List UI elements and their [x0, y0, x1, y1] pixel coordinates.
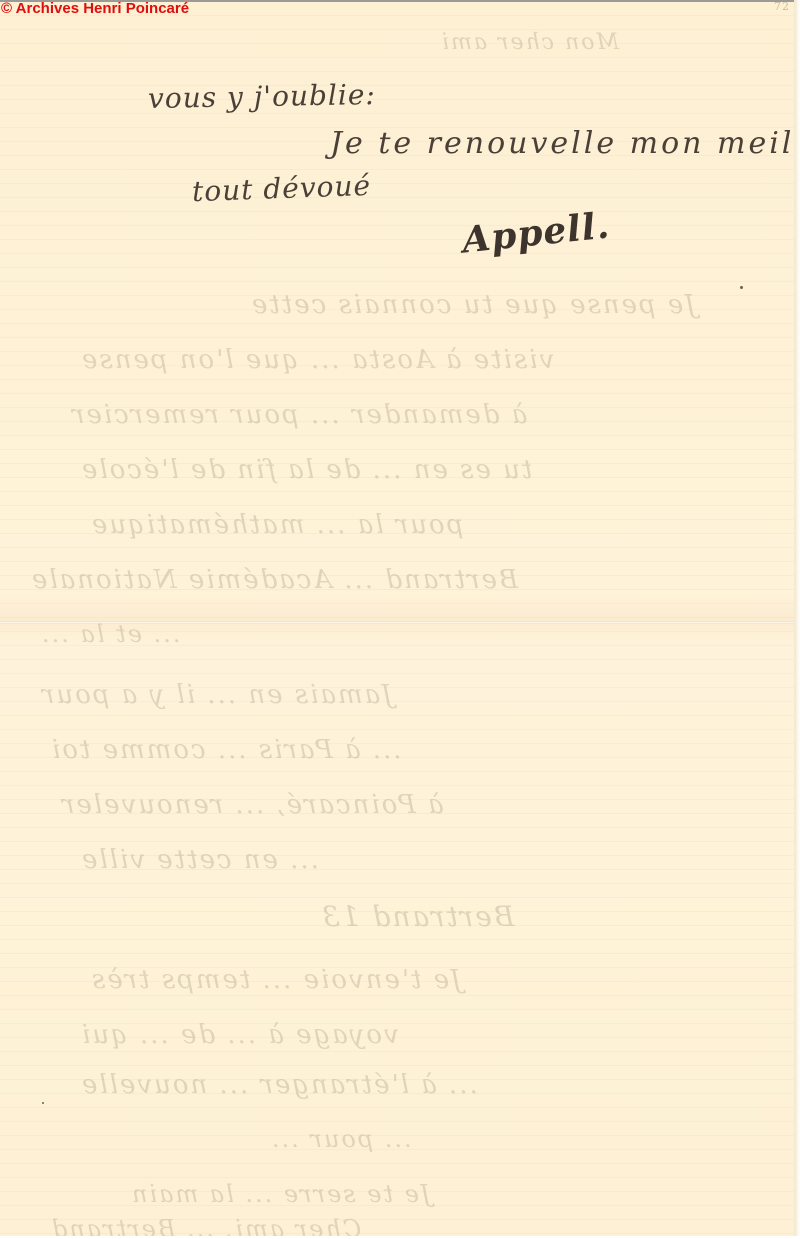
show-through-line: ... en cette ville — [80, 845, 319, 875]
show-through-line: Jamais en ... il y a pour — [40, 680, 393, 710]
ink-speck — [740, 286, 743, 289]
page-edge-right — [794, 0, 800, 1239]
show-through-line: ... pour ... — [270, 1125, 412, 1153]
ink-speck — [42, 1102, 44, 1104]
show-through-line: visite à Aosta ... que l'on pense — [80, 345, 554, 375]
show-through-line: Bertrand ... Académie Nationale — [30, 565, 518, 595]
show-through-line: voyage à ... de ... qui — [80, 1020, 399, 1050]
show-through-line: ... à l'étranger ... nouvelle — [80, 1070, 478, 1100]
page-number: 72 — [774, 0, 790, 13]
show-through-line: Je pense que tu connais cette — [250, 290, 696, 320]
show-through-line: à demander ... pour remercier — [70, 400, 527, 430]
show-through-line: Bertrand 13 — [320, 900, 514, 933]
handwritten-line-2: Je te renouvelle mon meilleur amitié tou… — [330, 126, 800, 161]
handwritten-line-3: tout dévoué — [191, 169, 371, 208]
show-through-line: ... à Paris ... comme toi — [50, 735, 402, 765]
show-through-line: pour la ... mathématique — [90, 510, 463, 540]
copyright-watermark: © Archives Henri Poincaré — [1, 0, 189, 18]
show-through-line: tu es en ... de la fin de l'école — [80, 455, 532, 485]
show-through-line: Je te serre ... la main — [130, 1180, 431, 1208]
letter-page — [0, 0, 794, 1238]
show-through-line: Je t'envoie ... temps très — [90, 965, 462, 995]
show-through-line: Mon cher ami — [440, 30, 619, 55]
handwritten-line-1: vous y j'oublie: — [148, 78, 376, 115]
show-through-line: ... et la ... — [40, 620, 181, 648]
show-through-line: à Poincaré, ... renouveler — [60, 790, 444, 820]
